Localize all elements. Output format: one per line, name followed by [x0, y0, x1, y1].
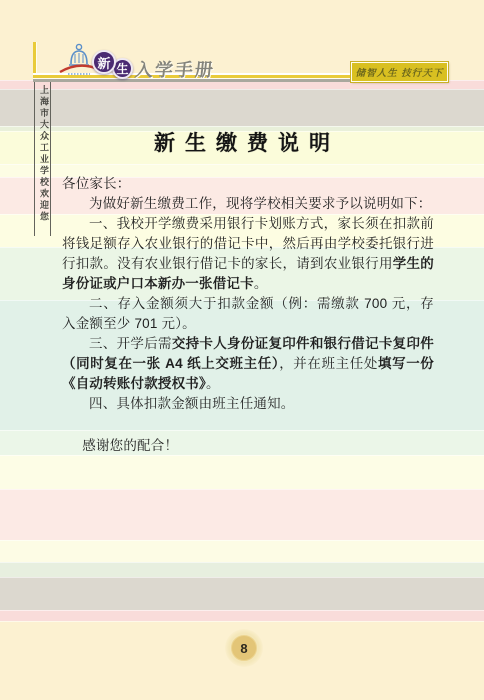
bg-band	[0, 562, 484, 577]
text-run: 二、存入金额须大于扣款金额（例：需缴款 700 元，存入金额至少 701 元）。	[62, 296, 434, 331]
bg-band	[0, 89, 484, 126]
banner-rail-right	[50, 82, 51, 236]
bg-band	[0, 489, 484, 540]
page-number-badge: 8	[231, 635, 257, 661]
banner-rail-left	[34, 82, 35, 236]
handbook-title: 入学手册	[134, 56, 217, 82]
badge-xin-label: 新	[97, 53, 110, 72]
badge-sheng-label: 生	[116, 60, 128, 77]
paragraph-intro: 为做好新生缴费工作，现将学校相关要求予以说明如下：	[62, 194, 434, 214]
badge-xin: 新	[92, 50, 116, 74]
page-number: 8	[240, 641, 247, 656]
text-run: 四、具体扣款金额由班主任通知。	[89, 396, 295, 411]
salutation: 各位家长：	[62, 174, 434, 194]
paragraph-item-3: 三、开学后需交持卡人身份证复印件和银行借记卡复印件（同时复在一张 A4 纸上交班…	[62, 334, 434, 394]
document-page: 新 生 入学手册 储智人生 技行天下 上海市大众工业学校欢迎您 新生缴费说明 各…	[0, 0, 484, 700]
school-motto-box: 储智人生 技行天下	[351, 62, 448, 82]
text-run: ，并在班主任处	[279, 356, 378, 371]
text-run: 为做好新生缴费工作，现将学校相关要求予以说明如下：	[89, 196, 432, 211]
paragraph-item-2: 二、存入金额须大于扣款金额（例：需缴款 700 元，存入金额至少 701 元）。	[62, 294, 434, 334]
closing-line: 感谢您的配合！	[62, 436, 434, 456]
school-motto-text: 储智人生 技行天下	[356, 65, 444, 79]
page-number-halo: 8	[225, 629, 263, 667]
text-run: 一、我校开学缴费采用银行卡划账方式，家长须在扣款前将钱足额存入农业银行的借记卡中…	[62, 216, 434, 271]
bg-band	[0, 540, 484, 562]
document-body: 各位家长： 为做好新生缴费工作，现将学校相关要求予以说明如下： 一、我校开学缴费…	[62, 174, 434, 456]
bg-band	[0, 610, 484, 621]
text-run: 。	[206, 376, 220, 391]
page-title: 新生缴费说明	[0, 127, 484, 157]
text-run: 。	[254, 276, 268, 291]
paragraph-item-4: 四、具体扣款金额由班主任通知。	[62, 394, 434, 414]
paragraph-item-1: 一、我校开学缴费采用银行卡划账方式，家长须在扣款前将钱足额存入农业银行的借记卡中…	[62, 214, 434, 294]
text-run: 三、开学后需	[89, 336, 172, 351]
welcome-vertical-text: 上海市大众工业学校欢迎您	[37, 85, 50, 223]
bg-band	[0, 577, 484, 610]
bg-band	[0, 455, 484, 489]
